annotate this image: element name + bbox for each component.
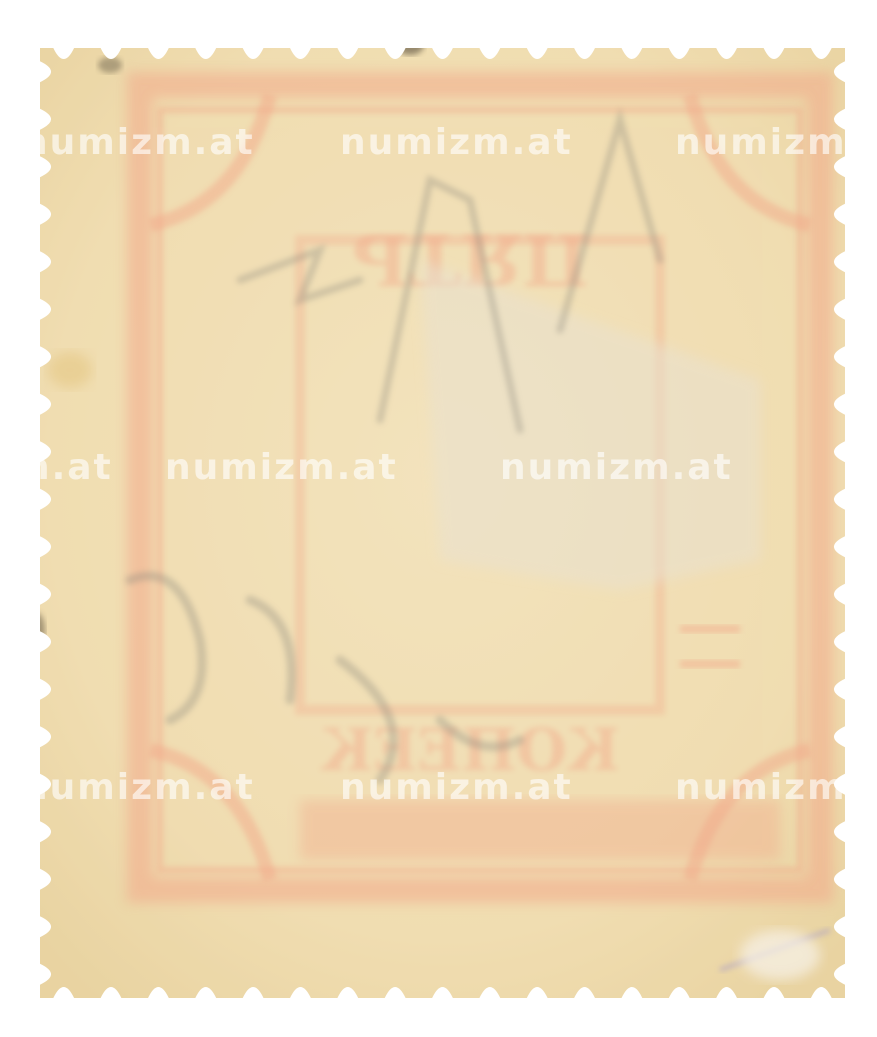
stamp-reverse: ПЯТЬКОПЕЕК xyxy=(0,0,877,1037)
numeral-stroke xyxy=(680,660,740,668)
stain xyxy=(98,57,122,73)
paper-thin-spot xyxy=(740,930,820,980)
stain xyxy=(48,352,92,388)
stamp-photo: ПЯТЬКОПЕЕК xyxy=(0,0,877,1037)
stain xyxy=(396,35,424,55)
numeral-stroke xyxy=(680,625,740,633)
stain xyxy=(25,612,45,648)
value-band xyxy=(300,800,780,860)
show-through-bottom-text: КОПЕЕК xyxy=(320,716,619,784)
